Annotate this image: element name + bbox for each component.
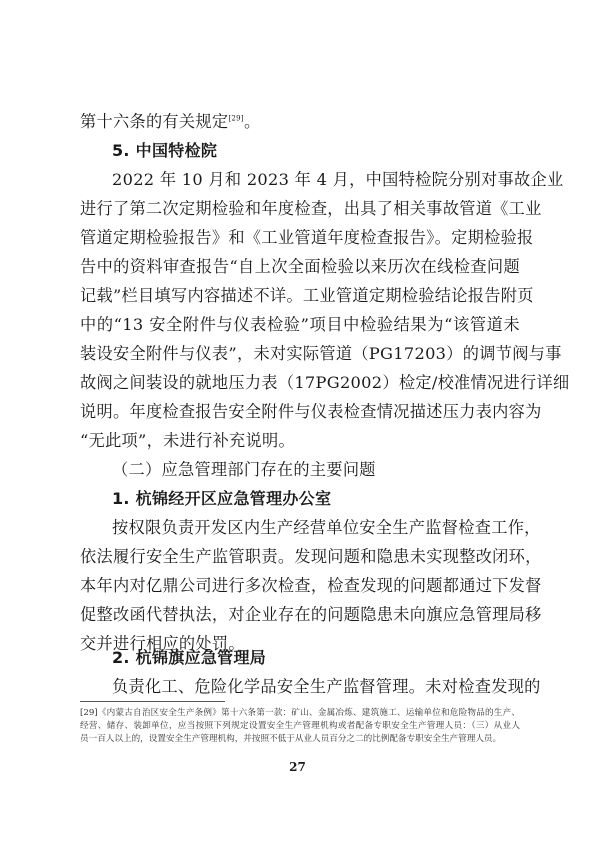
body-line: 按权限负责开发区内生产经营单位安全生产监督检查工作， [112, 518, 520, 538]
body-text: 。 [244, 112, 261, 131]
body-line: 2022 年 10 月和 2023 年 4 月，中国特检院分别对事故企业 [112, 170, 520, 190]
footnote-line: 员一百人以上的，设置安全生产管理机构，并按照不低于从业人员百分之二的比例配备专职… [80, 733, 520, 746]
footnote-ref[interactable]: [29] [228, 115, 244, 123]
footnote-line: 经营、储存、装卸单位，应当按照下列规定设置安全生产管理机构或者配备专职安全生产管… [80, 720, 520, 733]
body-line: 记载”栏目填写内容描述不详。工业管道定期检验结论报告附页 [80, 286, 520, 306]
page-number: 27 [0, 760, 595, 774]
body-line: 管道定期检验报告》和《工业管道年度检查报告》。定期检验报 [80, 228, 520, 248]
body-line: 故阀之间装设的就地压力表（17PG2002）检定/校准情况进行详细 [80, 373, 520, 393]
body-line: 负责化工、危险化学品安全生产监督管理。未对检查发现的 [112, 677, 520, 697]
body-line: 进行了第二次定期检验和年度检查，出具了相关事故管道《工业 [80, 199, 520, 219]
body-line: 促整改函代替执法，对企业存在的问题隐患未向旗应急管理局移 [80, 605, 520, 625]
footnote-line: [29]《内蒙古自治区安全生产条例》第十六条第一款：矿山、金属冶炼、建筑施工、运… [80, 707, 520, 720]
body-line: 告中的资料审查报告“自上次全面检验以来历次在线检查问题 [80, 257, 520, 277]
body-line: 中的“13 安全附件与仪表检验”项目中检验结果为“该管道未 [80, 315, 520, 335]
subsection-heading-2: （二）应急管理部门存在的主要问题 [112, 460, 520, 480]
body-line: 本年内对亿鼎公司进行多次检查，检查发现的问题都通过下发督 [80, 576, 520, 596]
section-heading-2: 2. 杭锦旗应急管理局 [112, 648, 520, 668]
footnote-divider [80, 701, 225, 702]
section-heading-5: 5. 中国特检院 [112, 141, 520, 161]
body-line: 说明。年度检查报告安全附件与仪表检查情况描述压力表内容为 [80, 402, 520, 422]
body-line: 装设安全附件与仪表”，未对实际管道（PG17203）的调节阀与事 [80, 344, 520, 364]
body-line: “无此项”，未进行补充说明。 [80, 431, 520, 451]
document-page: 第十六条的有关规定[29]。 5. 中国特检院 2022 年 10 月和 202… [0, 0, 595, 841]
body-line: 第十六条的有关规定[29]。 [80, 112, 520, 132]
body-text: 第十六条的有关规定 [80, 112, 228, 131]
body-line: 依法履行安全生产监管职责。发现问题和隐患未实现整改闭环， [80, 547, 520, 567]
section-heading-1: 1. 杭锦经开区应急管理办公室 [112, 489, 520, 509]
